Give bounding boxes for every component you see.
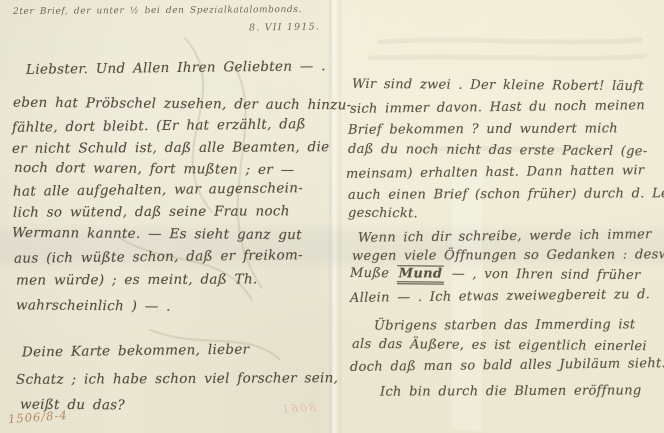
right-line-3: Brief bekommen ? und wundert mich <box>348 121 618 137</box>
catalog-number: 1506/8-4 <box>8 408 69 426</box>
letter-date: 8. VII 1915. <box>249 21 320 33</box>
right-line-2: sich immer davon. Hast du noch meinen <box>350 98 645 117</box>
left-line-3: er nicht Schuld ist, daß alle Beamten, d… <box>12 139 329 157</box>
mund-line-pre: Muße <box>350 266 397 281</box>
right-line-5: meinsam) erhalten hast. Dann hatten wir <box>346 163 645 182</box>
left-line-4: noch dort waren, fort mußten ; er — <box>14 160 295 178</box>
mund-emphasized-word: Mund <box>397 265 445 284</box>
archivist-annotation: 2ter Brief, der unter ½ bei den Spezialk… <box>13 5 302 17</box>
mund-line-post: — , von Ihren sind früher <box>444 267 640 284</box>
left-line-1: eben hat Pröbschel zusehen, der auch hin… <box>13 95 352 114</box>
left-line-6: lich so wütend, daß seine Frau noch <box>13 203 290 220</box>
right-line-11: Allein — . Ich etwas zweiwegbereit zu d. <box>350 287 650 306</box>
right-line-10-mund: Muße Mund — , von Ihren sind früher <box>350 266 641 283</box>
left-line-12: Schatz ; ich habe schon viel forscher se… <box>16 370 338 388</box>
right-line-9: wegen viele Öffnungen so Gedanken : desw… <box>352 247 664 264</box>
vertical-fold-crease <box>329 0 341 433</box>
right-line-4: daß du noch nicht das erste Packerl (ge- <box>348 142 648 159</box>
right-line-14: doch daß man so bald alles Jubiläum sieh… <box>350 356 664 375</box>
bleedthrough-number: 8061 <box>280 401 317 416</box>
letter-scan: 2ter Brief, der unter ½ bei den Spezialk… <box>0 0 664 433</box>
left-line-11: Deine Karte bekommen, lieber <box>22 342 250 361</box>
left-line-10: wahrscheinlich ) — . <box>16 297 171 314</box>
right-line-1: Wir sind zwei . Der kleine Robert! läuft <box>352 77 644 94</box>
right-line-7: geschickt. <box>348 206 418 222</box>
left-line-9: men würde) ; es meint, daß Th. <box>16 271 258 288</box>
greeting-line: Liebster. Und Allen Ihren Geliebten — . <box>26 58 326 78</box>
right-line-6: auch einen Brief (schon früher) durch d.… <box>348 186 664 203</box>
left-line-5: hat alle aufgehalten, war augenschein- <box>13 180 303 200</box>
right-line-13: als das Äußere, es ist eigentlich einerl… <box>352 337 647 354</box>
left-line-2: fählte, dort bleibt. (Er hat erzählt, da… <box>12 116 306 136</box>
right-line-12: Übrigens starben das Immerding ist <box>374 317 635 333</box>
left-line-7: Wermann kannte. — Es sieht ganz gut <box>12 225 302 243</box>
right-line-15: Ich bin durch die Blumen eröffnung <box>380 383 642 399</box>
